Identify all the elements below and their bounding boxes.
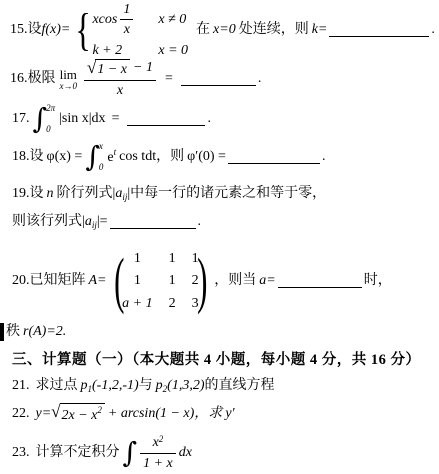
q21-c: 的直线方程: [204, 377, 274, 395]
q20-tail-a: ，则当: [214, 272, 256, 290]
question-21: 21. 求过点 p1 (-1,2,-1) 与 p2 (1,3,2) 的直线方程: [12, 375, 274, 397]
sqrt-radical: √ 1 − x: [87, 59, 130, 79]
q15-case1-expr: xcos 1 x: [92, 1, 136, 39]
question-22: 22. y= √ 2x − x2 + arcsin(1 − x)，求 y′: [12, 399, 235, 429]
q15-fx: f(x)=: [42, 21, 71, 39]
q15-tail-c: 处连续，则: [239, 21, 309, 39]
q19-line1-a: 阶行列式|: [57, 185, 116, 203]
q17-number: 17.: [12, 110, 30, 128]
q16-fraction: √ 1 − x − 1 x: [84, 59, 156, 99]
q15-period: .: [431, 21, 435, 39]
question-19-line2: 则该行列式| aij |= .: [12, 212, 201, 232]
q19-aij-1: aij: [115, 185, 127, 203]
q19-line2-a: 则该行列式|: [12, 213, 85, 231]
integral-0-2pi: ∫ 2π 0: [33, 102, 60, 136]
exam-page: 15.设 f(x)= { xcos 1 x x ≠ 0 k + 2 x = 0 …: [0, 0, 439, 474]
question-20: 20.已知矩阵 A= ( 1 1 1 1 1 2 a + 1 2 3 ) ，则当…: [12, 246, 392, 316]
q23-number: 23.: [12, 444, 30, 462]
q18-number-lead: 18.设: [12, 148, 44, 166]
q18-phi: φ(x) =: [47, 148, 83, 166]
rank-math: r(A)=2.: [23, 323, 66, 341]
q20-a-eq: a=: [259, 272, 275, 290]
rank-pre: 秩: [6, 323, 20, 341]
matrix-A: ( 1 1 1 1 1 2 a + 1 2 3 ): [109, 250, 213, 313]
question-19-line1: 19.设 n 阶行列式| aij |中每一行的诸元素之和等于零，: [12, 184, 326, 204]
scan-artifact-mark: [0, 323, 4, 341]
q19-line2-b: |=: [97, 213, 108, 231]
q15-answer-blank: [329, 23, 429, 37]
q19-line1-b: |中每一行的诸元素之和等于零，: [127, 185, 326, 203]
q19-answer-blank: [110, 215, 196, 229]
q18-phi-prime: φ′(0) =: [187, 148, 226, 166]
question-17: 17. ∫ 2π 0 |sin x|dx = .: [12, 100, 211, 138]
section-header-text: 三、计算题（一）（本大题共 4 小题，每小题 4 分，共 16 分）: [12, 351, 421, 369]
integral-sign: ∫: [85, 142, 100, 172]
question-16: 16.极限 lim x→0 √ 1 − x − 1 x = .: [10, 58, 261, 100]
matrix-cell: 1: [169, 250, 176, 268]
q21-a: 求过点: [36, 377, 78, 395]
left-paren: (: [114, 250, 124, 312]
q15-cases-grid: xcos 1 x x ≠ 0 k + 2 x = 0: [92, 1, 188, 60]
q21-p2: p2: [156, 377, 168, 395]
q15-case2-expr: k + 2: [92, 42, 136, 60]
q17-answer-blank: [127, 112, 205, 126]
integral-0-x: ∫ x 0: [85, 140, 107, 174]
left-brace: {: [76, 7, 91, 53]
question-15: 15.设 f(x)= { xcos 1 x x ≠ 0 k + 2 x = 0 …: [10, 6, 435, 54]
q21-b: 与: [139, 377, 153, 395]
section-header: 三、计算题（一）（本大题共 4 小题，每小题 4 分，共 16 分）: [12, 349, 421, 371]
q15-number-lead: 15.设: [10, 21, 42, 39]
matrix-grid: 1 1 1 1 1 2 a + 1 2 3: [122, 250, 198, 313]
q15-tail-a: 在: [196, 21, 210, 39]
q21-pts2: (1,3,2): [167, 377, 204, 395]
q19-period: .: [198, 213, 202, 231]
q18-period: .: [322, 148, 326, 166]
q15-piecewise: { xcos 1 x x ≠ 0 k + 2 x = 0: [72, 1, 188, 60]
q21-pts1: (-1,2,-1): [92, 377, 139, 395]
matrix-cell: a + 1: [122, 295, 152, 313]
q16-period: .: [258, 70, 262, 88]
q23-a: 计算不定积分: [36, 444, 120, 462]
q15-case1-cond: x ≠ 0: [158, 11, 188, 29]
sqrt-radical: √ 2x − x2: [51, 403, 105, 425]
q16-number-lead: 16.极限: [10, 70, 56, 88]
question-23: 23. 计算不定积分 ∫ x2 1 + x dx: [12, 433, 192, 473]
q16-answer-blank: [181, 72, 256, 86]
matrix-cell: 1: [122, 250, 152, 268]
q19-number-lead: 19.设: [12, 185, 44, 203]
q18-e: et: [107, 147, 116, 167]
limit-operator: lim x→0: [60, 68, 78, 91]
matrix-cell: 1: [122, 272, 152, 290]
q22-y-eq: y=: [36, 405, 52, 423]
q16-equals: =: [165, 70, 173, 88]
rank-line: 秩 r(A)=2.: [6, 322, 66, 342]
q15-tail-b: x=0: [213, 21, 236, 39]
q22-tail: + arcsin(1 − x)，求: [108, 405, 222, 423]
q17-equals: =: [112, 110, 120, 128]
q17-period: .: [207, 110, 211, 128]
q18-body: cos tdt，则: [119, 148, 184, 166]
q20-number-lead: 20.已知矩阵: [12, 272, 86, 290]
q15-k-eq: k=: [312, 21, 328, 39]
integral-sign: ∫: [123, 438, 138, 468]
matrix-cell: 1: [169, 272, 176, 290]
q21-number: 21.: [12, 377, 30, 395]
integral-sign: ∫: [33, 104, 48, 134]
q22-number: 22.: [12, 405, 30, 423]
q17-body: |sin x|dx: [59, 110, 105, 128]
q22-y-prime: y′: [225, 405, 234, 423]
q19-n: n: [47, 185, 54, 203]
q23-dx: dx: [179, 444, 192, 462]
q20-answer-blank: [278, 274, 362, 288]
q15-case2-cond: x = 0: [158, 42, 188, 60]
q21-p1: p1: [81, 377, 93, 395]
matrix-cell: 2: [169, 295, 176, 313]
q19-aij-2: aij: [85, 213, 97, 231]
q20-A-eq: A=: [89, 272, 107, 290]
q18-answer-blank: [228, 150, 320, 164]
q20-tail-b: 时，: [364, 272, 392, 290]
q23-fraction: x2 1 + x: [140, 434, 176, 472]
fraction-1-over-x: 1 x: [120, 1, 133, 39]
question-18: 18.设 φ(x) = ∫ x 0 et cos tdt，则 φ′(0) = .: [12, 139, 325, 175]
right-paren: ): [197, 250, 207, 312]
